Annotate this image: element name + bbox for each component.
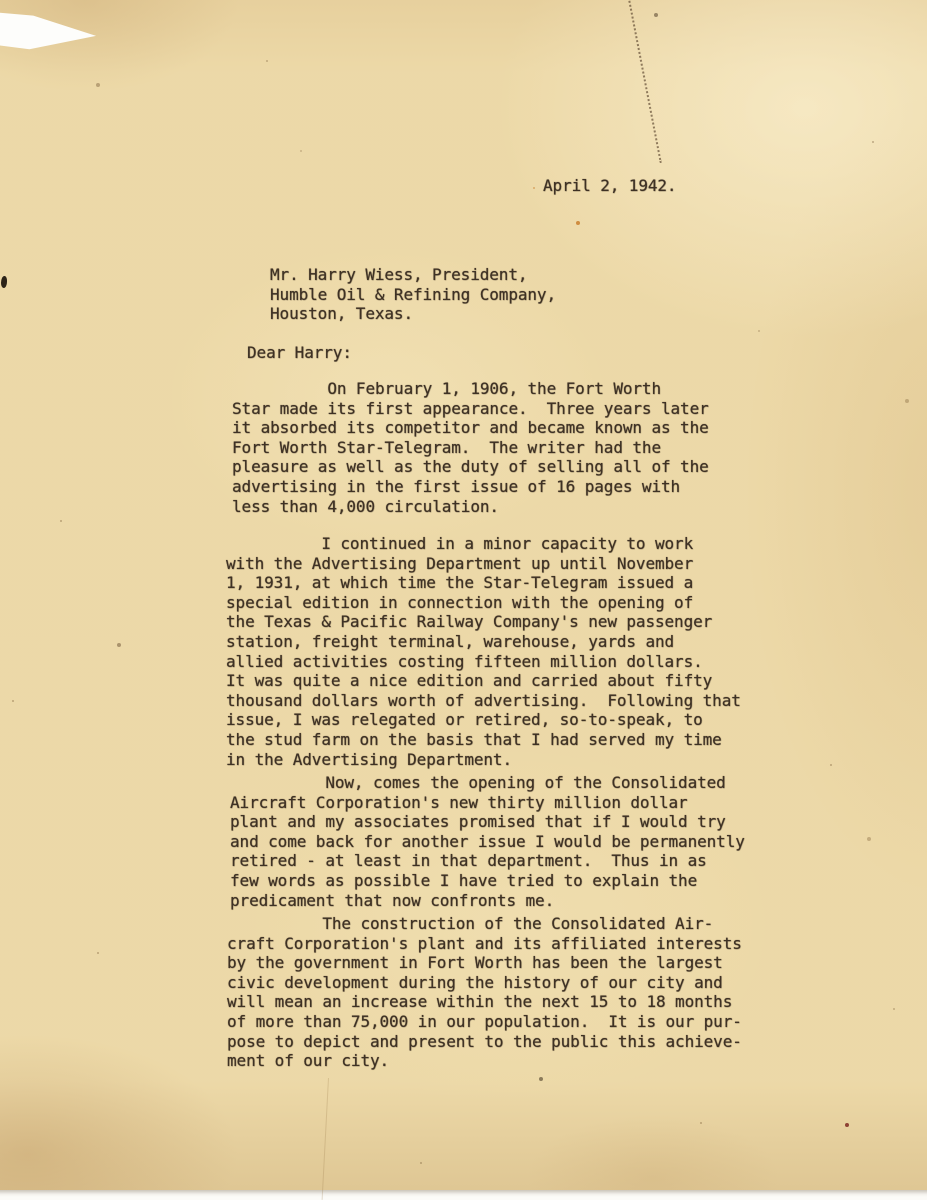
letter-paragraph: I continued in a minor capacity to work … xyxy=(226,534,741,769)
letter-paragraph: The construction of the Consolidated Air… xyxy=(227,914,742,1071)
letter-paragraph: On February 1, 1906, the Fort Worth Star… xyxy=(232,379,709,516)
letter-date: April 2, 1942. xyxy=(543,176,676,196)
letter-paragraph: Now, comes the opening of the Consolidat… xyxy=(230,773,745,910)
recipient-address: Mr. Harry Wiess, President, Humble Oil &… xyxy=(270,265,556,324)
paper-speckles xyxy=(0,0,2,2)
salutation: Dear Harry: xyxy=(247,343,352,363)
scanned-letter-page: April 2, 1942. Mr. Harry Wiess, Presiden… xyxy=(0,0,927,1200)
